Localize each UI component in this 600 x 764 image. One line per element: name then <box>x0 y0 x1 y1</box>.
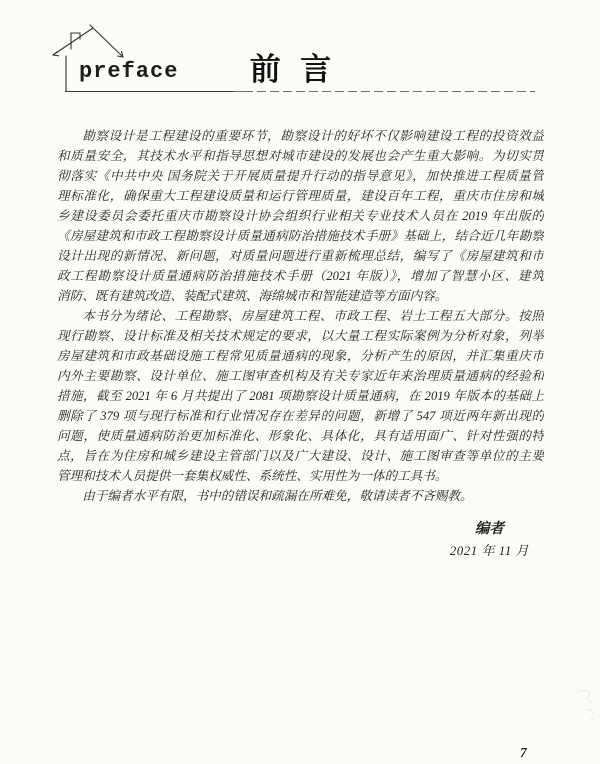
text-line: 问题，使质量通病防治更加标准化、形象化、具体化，具有适用面广、针对性强的特 <box>57 426 544 446</box>
text-line: 政工程勘察设计质量通病防治措施技术手册（2021 年版）》，增加了智慧小区、建筑 <box>57 266 544 286</box>
text-line: 彻落实《中共中央 国务院关于开展质量提升行动的指导意见》，加快推进工程质量管 <box>57 166 544 186</box>
text-line: 设计出现的新情况、新问题，对质量问题进行重新梳理总结，编写了《房屋建筑和市 <box>57 246 544 266</box>
text-line: 房屋建筑和市政基础设施工程常见质量通病的现象，分析产生的原因，并汇集重庆市 <box>57 346 544 366</box>
text-line: 本书分为绪论、工程勘察、房屋建筑工程、市政工程、岩土工程五大部分。按照 <box>57 306 544 326</box>
text-line: 乡建设委员会委托重庆市勘察设计协会组织行业相关专业技术人员在 2019 年出版的 <box>57 206 544 226</box>
text-line: 内外主要勘察、设计单位、施工图审查机构及有关专家近年来治理质量通病的经验和 <box>57 366 544 386</box>
text-line: 点，旨在为住房和城乡建设主管部门以及广大建设、设计、施工图审查等单位的主要 <box>57 446 544 466</box>
text-line: 由于编者水平有限，书中的错误和疏漏在所难免，敬请读者不吝赐教。 <box>57 486 544 506</box>
text-line: 消防、既有建筑改造、装配式建筑、海绵城市和智能建造等方面内容。 <box>57 286 544 306</box>
signature-author: 编者 <box>450 518 529 540</box>
paragraph-1: 勘察设计是工程建设的重要环节，勘察设计的好坏不仅影响建设工程的投资效益和质量安全… <box>57 126 544 306</box>
paragraph-3: 由于编者水平有限，书中的错误和疏漏在所难免，敬请读者不吝赐教。 <box>57 486 544 506</box>
text-line: 勘察设计是工程建设的重要环节，勘察设计的好坏不仅影响建设工程的投资效益 <box>57 126 544 146</box>
text-line: 理标准化，确保重大工程建设质量和运行管理质量，建设百年工程，重庆市住房和城 <box>57 186 544 206</box>
text-line: 《房屋建筑和市政工程勘察设计质量通病防治措施技术手册》基础上，结合近几年勘察 <box>57 226 544 246</box>
page-title: 前 言 <box>0 52 591 87</box>
signature-block: 编者 2021 年 11 月 <box>450 518 529 562</box>
preface-body: 勘察设计是工程建设的重要环节，勘察设计的好坏不仅影响建设工程的投资效益和质量安全… <box>57 126 544 506</box>
scan-smudge <box>572 688 596 722</box>
paragraph-2: 本书分为绪论、工程勘察、房屋建筑工程、市政工程、岩土工程五大部分。按照现行勘察、… <box>57 306 544 486</box>
text-line: 措施，截至 2021 年 6 月共提出了 2081 项勘察设计质量通病，在 20… <box>57 386 544 406</box>
text-line: 删除了 379 项与现行标准和行业情况存在差异的问题，新增了 547 项近两年新… <box>57 406 544 426</box>
header-rule <box>65 91 535 92</box>
text-line: 管理和技术人员提供一套集权威性、系统性、实用性为一体的工具书。 <box>57 466 544 486</box>
page-number: 7 <box>520 745 527 761</box>
signature-date: 2021 年 11 月 <box>450 540 529 562</box>
text-line: 和质量安全，其技术水平和指导思想对城市建设的发展也会产生重大影响。为切实贯 <box>57 146 544 166</box>
text-line: 现行勘察、设计标准及相关技术规定的要求，以大量工程实际案例为分析对象，列举 <box>57 326 544 346</box>
preface-page: preface 前 言 勘察设计是工程建设的重要环节，勘察设计的好坏不仅影响建设… <box>0 0 600 764</box>
